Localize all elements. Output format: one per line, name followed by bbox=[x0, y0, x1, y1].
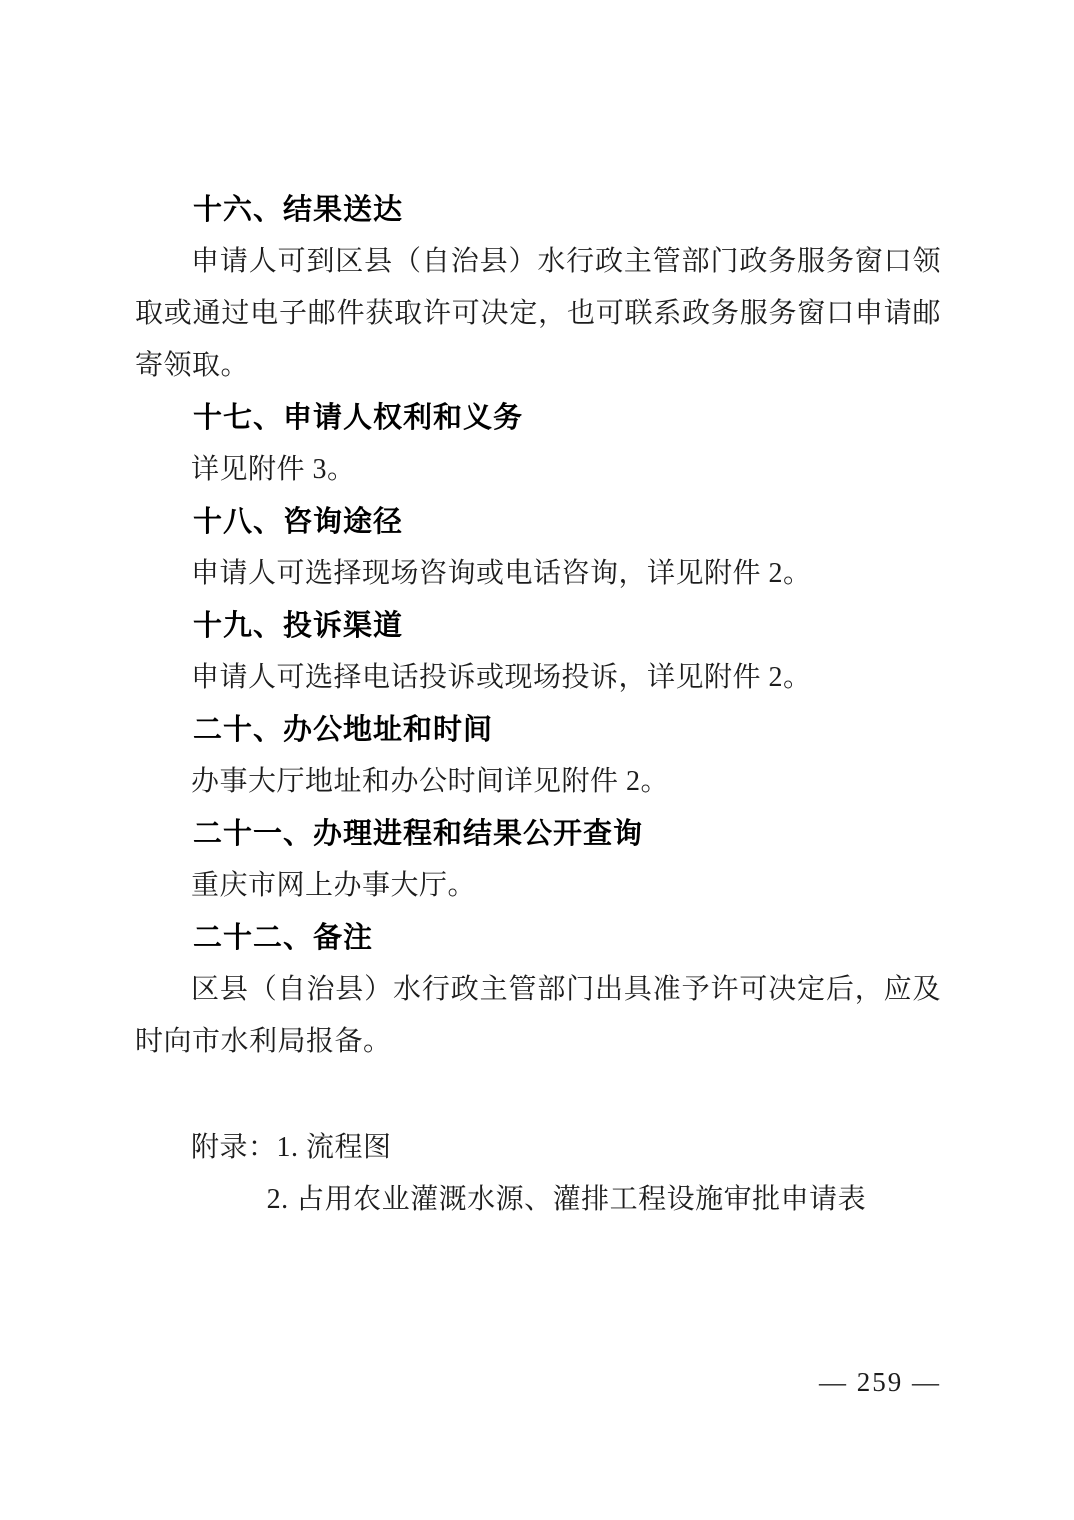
appendix-line-2: 2. 占用农业灌溉水源、灌排工程设施审批申请表 bbox=[135, 1174, 941, 1226]
section-heading-20: 二十、办公地址和时间 bbox=[135, 704, 941, 756]
section-heading-16: 十六、结果送达 bbox=[135, 184, 941, 236]
body-line: 寄领取。 bbox=[135, 340, 941, 392]
section-heading-18: 十八、咨询途径 bbox=[135, 496, 941, 548]
body-line: 申请人可选择现场咨询或电话咨询，详见附件 2。 bbox=[135, 548, 941, 600]
body-line: 申请人可选择电话投诉或现场投诉，详见附件 2。 bbox=[135, 652, 941, 704]
section-heading-19: 十九、投诉渠道 bbox=[135, 600, 941, 652]
body-line: 详见附件 3。 bbox=[135, 444, 941, 496]
document-content: 十六、结果送达 申请人可到区县（自治县）水行政主管部门政务服务窗口领 取或通过电… bbox=[0, 184, 1074, 1226]
document-page: 十六、结果送达 申请人可到区县（自治县）水行政主管部门政务服务窗口领 取或通过电… bbox=[0, 0, 1074, 1520]
body-line: 区县（自治县）水行政主管部门出具准予许可决定后，应及 bbox=[135, 964, 941, 1016]
section-heading-17: 十七、申请人权利和义务 bbox=[135, 392, 941, 444]
body-line: 时向市水利局报备。 bbox=[135, 1016, 941, 1068]
body-line: 办事大厅地址和办公时间详见附件 2。 bbox=[135, 756, 941, 808]
body-line: 重庆市网上办事大厅。 bbox=[135, 860, 941, 912]
appendix-line-1: 附录：1. 流程图 bbox=[135, 1122, 941, 1174]
appendix-spacer bbox=[135, 1068, 941, 1122]
body-line: 申请人可到区县（自治县）水行政主管部门政务服务窗口领 bbox=[135, 236, 941, 288]
section-heading-22: 二十二、备注 bbox=[135, 912, 941, 964]
page-number: — 259 — bbox=[819, 1367, 941, 1397]
body-line: 取或通过电子邮件获取许可决定，也可联系政务服务窗口申请邮 bbox=[135, 288, 941, 340]
section-heading-21: 二十一、办理进程和结果公开查询 bbox=[135, 808, 941, 860]
